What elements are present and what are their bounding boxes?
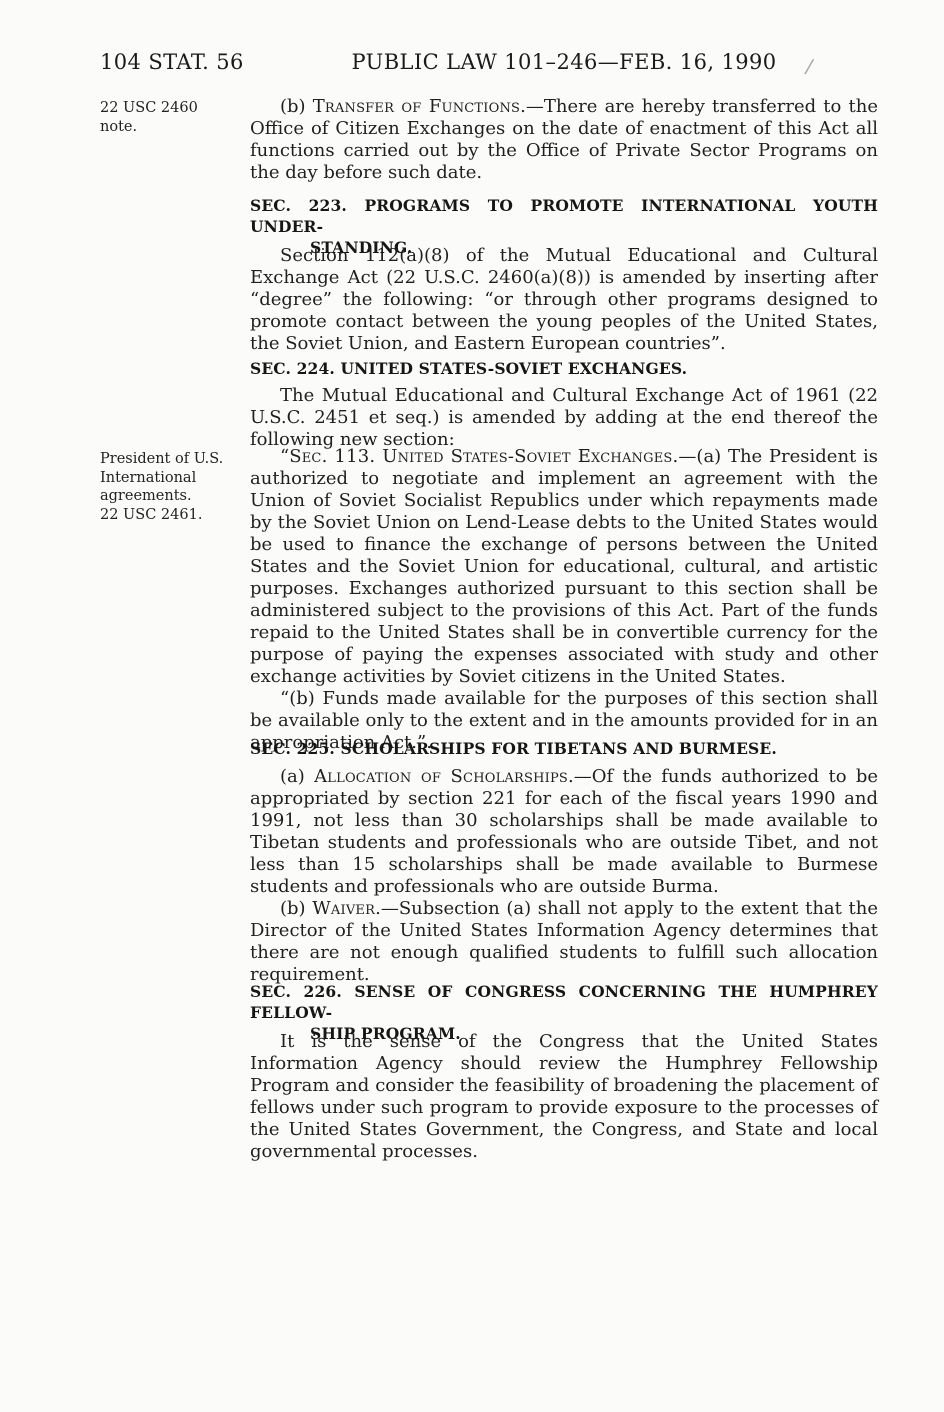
section-223-body: Section 112(a)(8) of the Mutual Educatio… <box>250 245 878 355</box>
para-prefix: (b) <box>280 898 312 919</box>
para-allocation: (a) Allocation of Scholarships.—Of the f… <box>250 766 878 898</box>
para-sec-113: “Sec. 113. United States-Soviet Exchange… <box>250 446 878 688</box>
heading-line: SEC. 224. UNITED STATES-SOVIET EXCHANGES… <box>250 358 878 379</box>
section-224-body: The Mutual Educational and Cultural Exch… <box>250 385 878 451</box>
heading-line: SEC. 223. PROGRAMS TO PROMOTE INTERNATIO… <box>250 195 878 237</box>
smallcaps-heading: Transfer of Functions <box>313 96 520 117</box>
margin-note-line: note. <box>100 118 248 137</box>
para-section-112: Section 112(a)(8) of the Mutual Educatio… <box>250 245 878 355</box>
open-quote: “ <box>280 446 289 467</box>
margin-note-line: President of U.S. <box>100 450 248 469</box>
section-113-quoted: “Sec. 113. United States-Soviet Exchange… <box>250 446 878 754</box>
section-transfer-of-functions: (b) Transfer of Functions.—There are her… <box>250 96 878 184</box>
heading-line: SEC. 225. SCHOLARSHIPS FOR TIBETANS AND … <box>250 738 878 759</box>
para-separator: .— <box>568 766 592 787</box>
heading-sec-225: SEC. 225. SCHOLARSHIPS FOR TIBETANS AND … <box>250 738 878 759</box>
para-text: The President is authorized to negotiate… <box>250 446 878 687</box>
para-prefix: (b) <box>280 96 313 117</box>
para-waiver: (b) Waiver.—Subsection (a) shall not app… <box>250 898 878 986</box>
heading-line: SEC. 226. SENSE OF CONGRESS CONCERNING T… <box>250 981 878 1023</box>
margin-note-line: agreements. <box>100 487 248 506</box>
para-mutual-act: The Mutual Educational and Cultural Exch… <box>250 385 878 451</box>
para-transfer-functions: (b) Transfer of Functions.—There are her… <box>250 96 878 184</box>
heading-sec-224: SEC. 224. UNITED STATES-SOVIET EXCHANGES… <box>250 358 878 379</box>
margin-note-line: 22 USC 2461. <box>100 506 248 525</box>
margin-note-line: 22 USC 2460 <box>100 99 248 118</box>
law-title-header: PUBLIC LAW 101–246—FEB. 16, 1990 <box>250 50 878 74</box>
para-separator: —(a) <box>678 446 728 467</box>
para-sense-of-congress: It is the sense of the Congress that the… <box>250 1031 878 1163</box>
smallcaps-heading: Waiver <box>312 898 375 919</box>
margin-note-president-agreements: President of U.S. International agreemen… <box>100 450 248 524</box>
margin-note-line: International <box>100 469 248 488</box>
para-separator: .— <box>520 96 544 117</box>
margin-note-usc-2460: 22 USC 2460 note. <box>100 99 248 136</box>
smallcaps-heading: Sec. 113. United States-Soviet Exchanges… <box>289 446 678 467</box>
document-page: 104 STAT. 56 PUBLIC LAW 101–246—FEB. 16,… <box>0 0 944 1412</box>
section-226-body: It is the sense of the Congress that the… <box>250 1031 878 1163</box>
section-225-body: (a) Allocation of Scholarships.—Of the f… <box>250 766 878 986</box>
statute-page-number: 104 STAT. 56 <box>100 50 244 74</box>
para-prefix: (a) <box>280 766 314 787</box>
para-separator: .— <box>375 898 399 919</box>
smallcaps-heading: Allocation of Scholarships <box>314 766 568 787</box>
